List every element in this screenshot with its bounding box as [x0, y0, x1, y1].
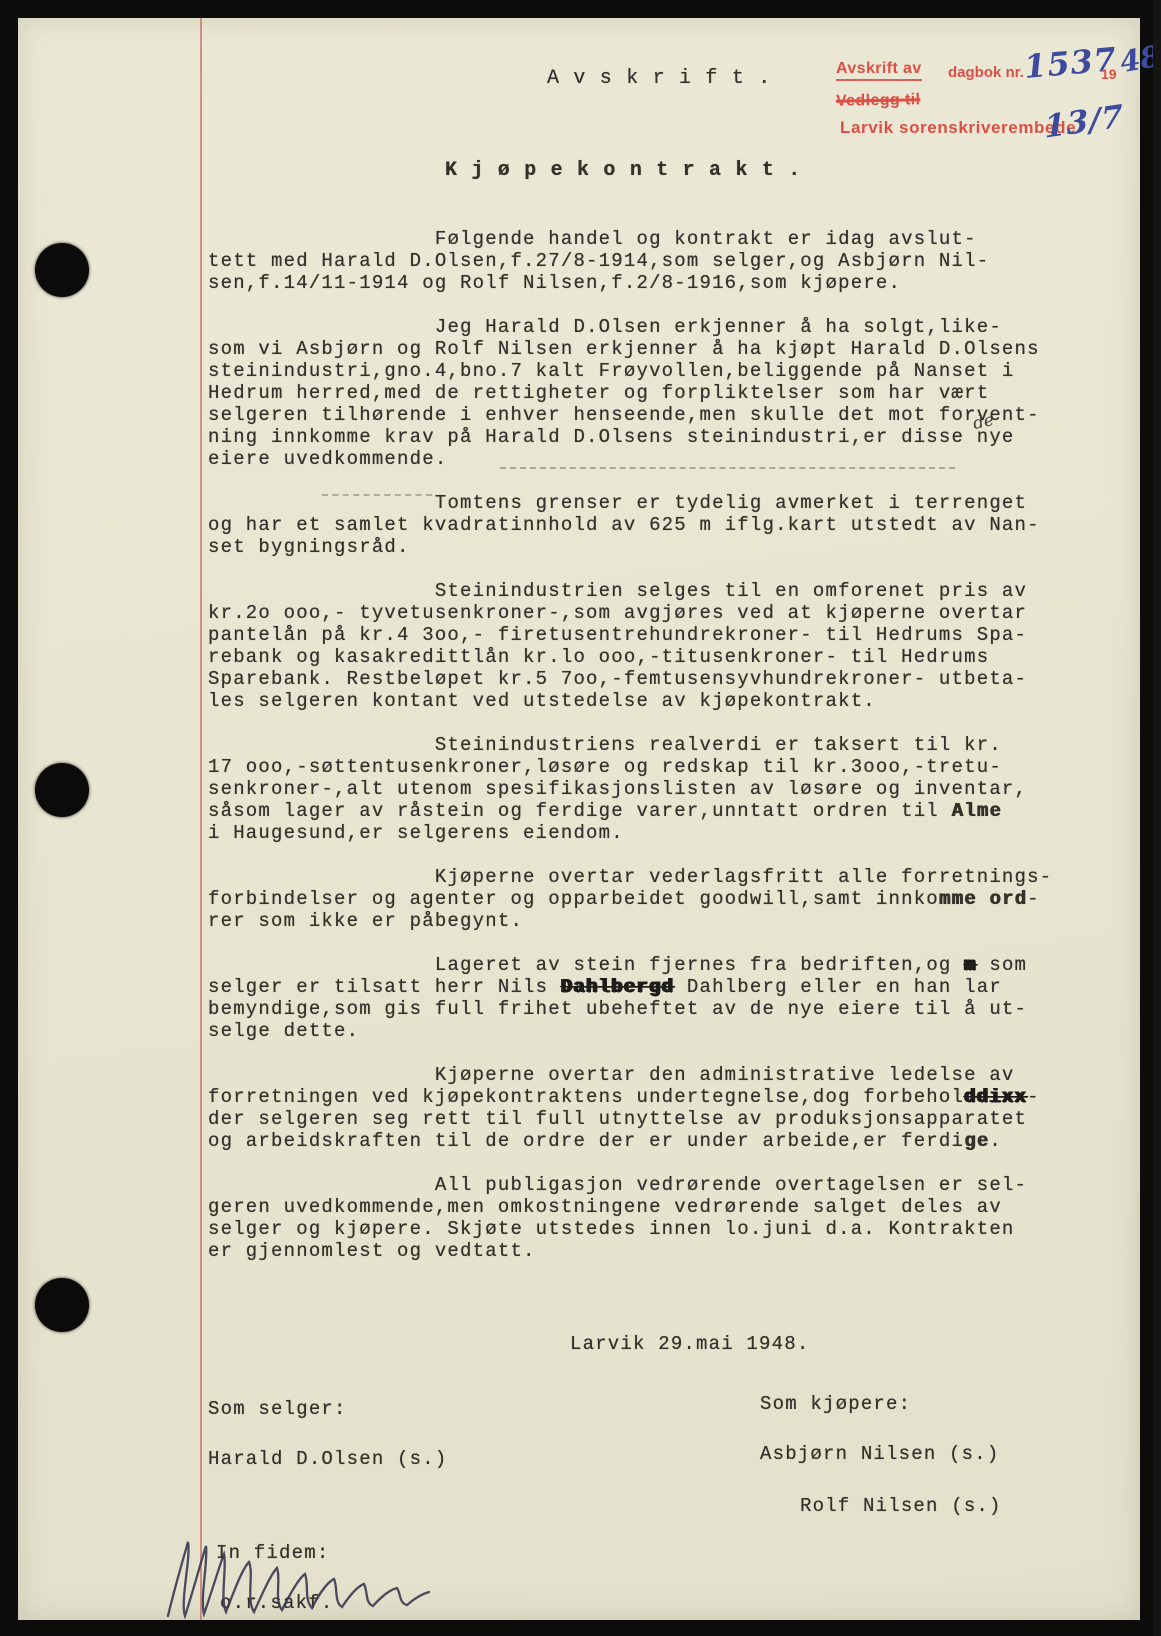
overtyped-text: ge: [964, 1130, 989, 1152]
typed-text: Steinindustrien selges til en omforenet …: [208, 580, 1027, 712]
erasure-dashes-short: [322, 494, 432, 496]
contract-body: Følgende handel og kontrakt er idag avsl…: [208, 228, 1078, 1284]
typed-text: Tomtens grenser er tydelig avmerket i te…: [208, 492, 1040, 558]
contract-paragraph-5: Steinindustriens realverdi er taksert ti…: [208, 734, 1078, 844]
overtyped-text: mme: [939, 888, 977, 910]
contract-paragraph-8: Kjøperne overtar den administrative lede…: [208, 1064, 1078, 1152]
buyer1-signature-name: Asbjørn Nilsen (s.): [760, 1443, 999, 1465]
typed-text: Lageret av stein fjernes fra bedriften,o…: [208, 954, 964, 976]
typed-text: Steinindustriens realverdi er taksert ti…: [208, 734, 1027, 822]
contract-paragraph-4: Steinindustrien selges til en omforenet …: [208, 580, 1078, 712]
typed-text: [977, 888, 990, 910]
seller-label: Som selger:: [208, 1398, 347, 1420]
handwritten-insertion-de: de: [971, 410, 996, 434]
stamp-kind-struck: Vedlegg til: [836, 91, 921, 110]
erasure-dashes-long: [500, 467, 955, 469]
typed-text: i Haugesund,er selgerens eiendom.: [208, 822, 624, 844]
typed-text: .: [989, 1130, 1002, 1152]
overtyped-text: m: [964, 954, 977, 976]
document-title: K j ø p e k o n t r a k t .: [445, 160, 801, 182]
overtyped-text: Alme: [952, 800, 1002, 822]
scan-edge-strip: [1153, 0, 1161, 1636]
stamp-kind-kept: Avskrift av: [836, 60, 922, 81]
punch-hole-middle: [35, 763, 89, 817]
scan-background: A v s k r i f t . Avskrift av dagbok nr.…: [0, 0, 1161, 1636]
contract-paragraph-2: Jeg Harald D.Olsen erkjenner å ha solgt,…: [208, 316, 1078, 470]
buyers-label: Som kjøpere:: [760, 1393, 911, 1415]
typed-text: Kjøperne overtar den administrative lede…: [208, 1064, 1015, 1108]
avskrift-header: A v s k r i f t .: [547, 68, 771, 90]
registry-stamp: Avskrift av dagbok nr. 1537 19 48 Vedleg…: [798, 48, 1161, 198]
contract-paragraph-9: All publigasjon vedrørende overtagelsen …: [208, 1174, 1078, 1262]
stamp-year-printed: 19: [1101, 66, 1117, 82]
signature-ink-svg: [158, 1516, 438, 1636]
contract-paragraph-6: Kjøperne overtar vederlagsfritt alle for…: [208, 866, 1078, 932]
stamp-dagbok-label: dagbok nr.: [948, 64, 1024, 81]
contract-paragraph-7: Lageret av stein fjernes fra bedriften,o…: [208, 954, 1078, 1042]
punch-hole-top: [35, 243, 89, 297]
typed-text: Følgende handel og kontrakt er idag avsl…: [208, 228, 989, 294]
stamp-office-name: Larvik sorenskriverembede: [840, 118, 1076, 138]
paper-sheet: A v s k r i f t . Avskrift av dagbok nr.…: [18, 18, 1140, 1620]
handwritten-signature-scrawl: [158, 1516, 438, 1636]
seller-signature-name: Harald D.Olsen (s.): [208, 1448, 447, 1470]
contract-paragraph-1: Følgende handel og kontrakt er idag avsl…: [208, 228, 1078, 294]
date-line: Larvik 29.mai 1948.: [570, 1333, 809, 1355]
overtyped-text: ord: [989, 888, 1027, 910]
overtyped-text: ddixx: [964, 1086, 1027, 1108]
typed-text: Kjøperne overtar vederlagsfritt alle for…: [208, 866, 1052, 910]
contract-paragraph-3: Tomtens grenser er tydelig avmerket i te…: [208, 492, 1078, 558]
buyer2-signature-name: Rolf Nilsen (s.): [800, 1495, 1002, 1517]
scanned-document-page: { "palette": { "background": "#0c0c0b", …: [0, 0, 1161, 1636]
handwritten-date: 13/7: [1044, 98, 1125, 145]
typed-text: Jeg Harald D.Olsen erkjenner å ha solgt,…: [208, 316, 1040, 470]
punch-hole-bottom: [35, 1278, 89, 1332]
typed-text: All publigasjon vedrørende overtagelsen …: [208, 1174, 1027, 1262]
red-margin-line: [200, 18, 202, 1620]
overtyped-text: Dahlbergd: [561, 976, 674, 998]
